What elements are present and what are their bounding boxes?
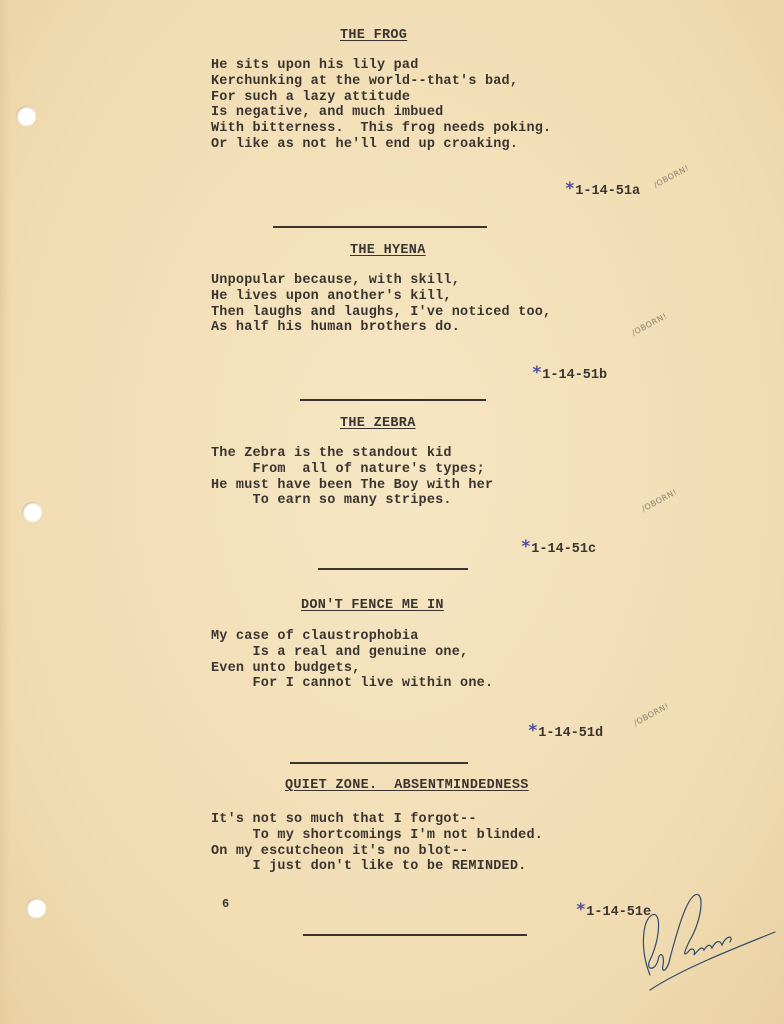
margin-note: /OBORN! (632, 701, 671, 727)
poem-line: Or like as not he'll end up croaking. (211, 137, 551, 153)
punch-hole-top (16, 106, 36, 126)
code-text: 1-14-51a (575, 184, 640, 199)
document-page: THE FROG He sits upon his lily padKerchu… (0, 0, 784, 1024)
poem-line: It's not so much that I forgot-- (211, 812, 543, 828)
poem-code: *1-14-51c (489, 522, 596, 572)
poem-title: THE FROG (340, 28, 407, 43)
signature: Roy Romine (630, 880, 780, 1000)
poem-line: For I cannot live within one. (211, 676, 493, 692)
poem-line: I just don't like to be REMINDED. (211, 859, 543, 875)
code-text: 1-14-51c (531, 542, 596, 557)
paper-edge (0, 0, 10, 1024)
poem-line: Unpopular because, with skill, (211, 273, 551, 289)
divider (273, 226, 487, 228)
divider (318, 568, 468, 570)
poem-line: He must have been The Boy with her (211, 478, 493, 494)
margin-note: /OBORN! (630, 311, 669, 337)
divider (300, 399, 486, 401)
margin-note: /OBORN! (652, 163, 691, 189)
divider (290, 762, 468, 764)
poem-line: With bitterness. This frog needs poking. (211, 121, 551, 137)
asterisk-icon: * (528, 721, 537, 741)
poem-line: My case of claustrophobia (211, 629, 493, 645)
asterisk-icon: * (521, 537, 530, 557)
poem-body: He sits upon his lily padKerchunking at … (211, 58, 551, 153)
poem-line: Then laughs and laughs, I've noticed too… (211, 305, 551, 321)
poem-body: Unpopular because, with skill,He lives u… (211, 273, 551, 336)
poem-body: It's not so much that I forgot-- To my s… (211, 812, 543, 875)
punch-hole-middle (22, 502, 42, 522)
poem-line: He lives upon another's kill, (211, 289, 551, 305)
poem-line: Kerchunking at the world--that's bad, (211, 74, 551, 90)
poem-code: *1-14-51a (533, 164, 640, 214)
poem-line: He sits upon his lily pad (211, 58, 551, 74)
poem-body: The Zebra is the standout kid From all o… (211, 446, 493, 509)
divider (303, 934, 527, 936)
poem-line: To my shortcomings I'm not blinded. (211, 828, 543, 844)
poem-line: The Zebra is the standout kid (211, 446, 493, 462)
poem-line: To earn so many stripes. (211, 493, 493, 509)
poem-line: For such a lazy attitude (211, 90, 551, 106)
margin-note: /OBORN! (640, 487, 679, 513)
poem-line: Is a real and genuine one, (211, 645, 493, 661)
poem-line: As half his human brothers do. (211, 320, 551, 336)
poem-line: From all of nature's types; (211, 462, 493, 478)
poem-title: QUIET ZONE. ABSENTMINDEDNESS (285, 778, 529, 793)
poem-body: My case of claustrophobia Is a real and … (211, 629, 493, 692)
asterisk-icon: * (565, 179, 574, 199)
poem-code: *1-14-51b (500, 348, 607, 398)
code-text: 1-14-51d (538, 726, 603, 741)
poem-title: THE ZEBRA (340, 416, 416, 431)
poem-line: Even unto budgets, (211, 661, 493, 677)
poem-line: Is negative, and much imbued (211, 105, 551, 121)
poem-title: THE HYENA (350, 243, 426, 258)
poem-code: *1-14-51d (496, 706, 603, 756)
page-number: 6 (222, 897, 229, 911)
punch-hole-bottom (26, 898, 46, 918)
code-text: 1-14-51b (542, 368, 607, 383)
poem-line: On my escutcheon it's no blot-- (211, 844, 543, 860)
poem-title: DON'T FENCE ME IN (301, 598, 444, 613)
asterisk-icon: * (532, 363, 541, 383)
asterisk-icon: * (576, 900, 585, 920)
